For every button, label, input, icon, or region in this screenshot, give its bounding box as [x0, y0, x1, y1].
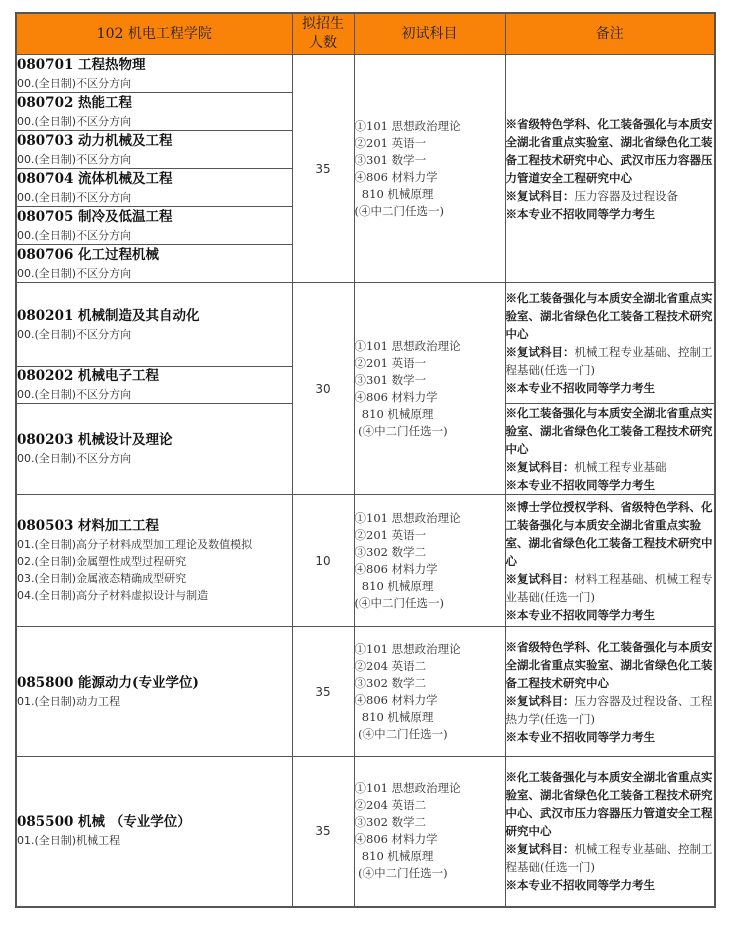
table-row: 080201 机械制造及其自动化00.(全日制)不区分方向30①101 思想政治… [16, 283, 715, 367]
exam-subject: ①101 思想政治理论 [355, 118, 505, 135]
exam-subject: ②201 英语一 [355, 355, 505, 372]
major-direction: 00.(全日制)不区分方向 [17, 113, 292, 130]
remark-final: ※本专业不招收同等学力考生 [506, 476, 715, 494]
remark-retest: ※复试科目：机械工程专业基础、控制工程基础(任选一门) [506, 840, 715, 876]
remark-cell: ※省级特色学科、化工装备强化与本质安全湖北省重点实验室、湖北省绿色化工装备工程技… [505, 55, 715, 283]
major-title: 080705 制冷及低温工程 [17, 208, 292, 227]
major-title: 085800 能源动力(专业学位) [17, 674, 292, 693]
major-cell: 080503 材料加工工程01.(全日制)高分子材料成型加工理论及数值模拟02.… [16, 495, 292, 627]
exam-subject: ③302 数学二 [355, 814, 505, 831]
major-direction: 03.(全日制)金属液态精确成型研究 [17, 570, 292, 587]
major-title: 080706 化工过程机械 [17, 246, 292, 265]
quota-count: 35 [292, 55, 354, 283]
exam-subject: (④中二门任选一) [355, 203, 505, 220]
major-block: 080703 动力机械及工程00.(全日制)不区分方向 [17, 132, 292, 168]
major-cell: 080203 机械设计及理论00.(全日制)不区分方向 [16, 404, 292, 495]
major-title: 080203 机械设计及理论 [17, 431, 292, 450]
exam-subject: ④806 材料力学 [355, 561, 505, 578]
remark-retest: ※复试科目：压力容器及过程设备 [506, 187, 715, 205]
major-direction: 01.(全日制)高分子材料成型加工理论及数值模拟 [17, 536, 292, 553]
remark-highlights: ※化工装备强化与本质安全湖北省重点实验室、湖北省绿色化工装备工程技术研究中心 [506, 404, 715, 458]
major-direction: 01.(全日制)机械工程 [17, 832, 292, 849]
major-cell: 080202 机械电子工程00.(全日制)不区分方向 [16, 367, 292, 404]
quota-count: 35 [292, 757, 354, 907]
exam-subject: ④806 材料力学 [355, 692, 505, 709]
table-row: 080503 材料加工工程01.(全日制)高分子材料成型加工理论及数值模拟02.… [16, 495, 715, 627]
major-cell: 080701 工程热物理00.(全日制)不区分方向 [16, 55, 292, 93]
major-direction: 00.(全日制)不区分方向 [17, 227, 292, 244]
remark-cell: ※化工装备强化与本质安全湖北省重点实验室、湖北省绿色化工装备工程技术研究中心※复… [505, 404, 715, 495]
exam-subject: ②201 英语一 [355, 135, 505, 152]
quota-count: 30 [292, 283, 354, 495]
exam-subject: (④中二门任选一) [355, 726, 505, 743]
header-quota-line1: 拟招生 [293, 15, 354, 34]
major-title: 080201 机械制造及其自动化 [17, 307, 292, 326]
exam-subjects-cell: ①101 思想政治理论②201 英语一③301 数学一④806 材料力学 810… [354, 283, 505, 495]
header-remark: 备注 [505, 13, 715, 55]
remark-retest-subjects: 压力容器及过程设备 [575, 189, 679, 203]
exam-subject: ③302 数学二 [355, 544, 505, 561]
remark-cell: ※化工装备强化与本质安全湖北省重点实验室、湖北省绿色化工装备工程技术研究中心、武… [505, 757, 715, 907]
remark-final: ※本专业不招收同等学力考生 [506, 728, 715, 746]
exam-subject: (④中二门任选一) [355, 595, 505, 612]
major-direction: 00.(全日制)不区分方向 [17, 151, 292, 168]
remark-cell: ※博士学位授权学科、省级特色学科、化工装备强化与本质安全湖北省重点实验室、湖北省… [505, 495, 715, 627]
major-direction: 02.(全日制)金属塑性成型过程研究 [17, 553, 292, 570]
major-block: 080202 机械电子工程00.(全日制)不区分方向 [17, 367, 292, 403]
remark-retest-label: ※复试科目： [506, 345, 575, 359]
remark-retest: ※复试科目：机械工程专业基础 [506, 458, 715, 476]
major-title: 080701 工程热物理 [17, 56, 292, 75]
major-cell: 080704 流体机械及工程00.(全日制)不区分方向 [16, 169, 292, 207]
exam-subject: ③302 数学二 [355, 675, 505, 692]
major-cell: 080201 机械制造及其自动化00.(全日制)不区分方向 [16, 283, 292, 367]
major-block: 080701 工程热物理00.(全日制)不区分方向 [17, 56, 292, 92]
major-title: 080702 热能工程 [17, 94, 292, 113]
header-exam: 初试科目 [354, 13, 505, 55]
major-cell: 080703 动力机械及工程00.(全日制)不区分方向 [16, 131, 292, 169]
major-title: 080202 机械电子工程 [17, 367, 292, 386]
remark-highlights: ※化工装备强化与本质安全湖北省重点实验室、湖北省绿色化工装备工程技术研究中心、武… [506, 768, 715, 840]
header-college: 102 机电工程学院 [16, 13, 292, 55]
exam-subjects-cell: ①101 思想政治理论②201 英语一③302 数学二④806 材料力学 810… [354, 495, 505, 627]
major-block: 080704 流体机械及工程00.(全日制)不区分方向 [17, 170, 292, 206]
exam-subject: ②204 英语二 [355, 797, 505, 814]
remark-highlights: ※化工装备强化与本质安全湖北省重点实验室、湖北省绿色化工装备工程技术研究中心 [506, 289, 715, 343]
major-direction: 00.(全日制)不区分方向 [17, 386, 292, 403]
major-block: 080705 制冷及低温工程00.(全日制)不区分方向 [17, 208, 292, 244]
major-block: 085500 机械 （专业学位）01.(全日制)机械工程 [17, 813, 292, 849]
major-title: 080503 材料加工工程 [17, 517, 292, 536]
exam-subject: (④中二门任选一) [355, 423, 505, 440]
exam-subject: ①101 思想政治理论 [355, 641, 505, 658]
major-cell: 085800 能源动力(专业学位)01.(全日制)动力工程 [16, 627, 292, 757]
remark-final: ※本专业不招收同等学力考生 [506, 205, 715, 223]
exam-subject: ②204 英语二 [355, 658, 505, 675]
table-row: 085500 机械 （专业学位）01.(全日制)机械工程35①101 思想政治理… [16, 757, 715, 907]
table-row: 085800 能源动力(专业学位)01.(全日制)动力工程35①101 思想政治… [16, 627, 715, 757]
major-direction: 00.(全日制)不区分方向 [17, 450, 292, 467]
table-body: 080701 工程热物理00.(全日制)不区分方向35①101 思想政治理论②2… [16, 55, 715, 907]
exam-subject: ④806 材料力学 [355, 169, 505, 186]
major-block: 080203 机械设计及理论00.(全日制)不区分方向 [17, 431, 292, 467]
exam-subject: 810 机械原理 [355, 848, 505, 865]
remark-cell: ※化工装备强化与本质安全湖北省重点实验室、湖北省绿色化工装备工程技术研究中心※复… [505, 283, 715, 404]
major-direction: 00.(全日制)不区分方向 [17, 326, 292, 343]
major-cell: 080702 热能工程00.(全日制)不区分方向 [16, 93, 292, 131]
remark-retest: ※复试科目：材料工程基础、机械工程专业基础(任选一门) [506, 570, 715, 606]
major-title: 080703 动力机械及工程 [17, 132, 292, 151]
exam-subject: ②201 英语一 [355, 527, 505, 544]
major-cell: 080706 化工过程机械00.(全日制)不区分方向 [16, 245, 292, 283]
exam-subject: ③301 数学一 [355, 372, 505, 389]
exam-subject: 810 机械原理 [355, 186, 505, 203]
table-row: 080701 工程热物理00.(全日制)不区分方向35①101 思想政治理论②2… [16, 55, 715, 93]
exam-subject: ④806 材料力学 [355, 389, 505, 406]
exam-subject: (④中二门任选一) [355, 865, 505, 882]
major-direction: 04.(全日制)高分子材料虚拟设计与制造 [17, 587, 292, 604]
exam-subject: ④806 材料力学 [355, 831, 505, 848]
exam-subject: 810 机械原理 [355, 578, 505, 595]
major-cell: 080705 制冷及低温工程00.(全日制)不区分方向 [16, 207, 292, 245]
header-quota: 拟招生 人数 [292, 13, 354, 55]
header-quota-line2: 人数 [293, 34, 354, 53]
remark-highlights: ※省级特色学科、化工装备强化与本质安全湖北省重点实验室、湖北省绿色化工装备工程技… [506, 638, 715, 692]
major-title: 080704 流体机械及工程 [17, 170, 292, 189]
quota-count: 35 [292, 627, 354, 757]
quota-count: 10 [292, 495, 354, 627]
remark-retest-label: ※复试科目： [506, 572, 575, 586]
major-block: 080706 化工过程机械00.(全日制)不区分方向 [17, 246, 292, 282]
exam-subjects-cell: ①101 思想政治理论②204 英语二③302 数学二④806 材料力学 810… [354, 627, 505, 757]
header-row: 102 机电工程学院 拟招生 人数 初试科目 备注 [16, 13, 715, 55]
major-cell: 085500 机械 （专业学位）01.(全日制)机械工程 [16, 757, 292, 907]
major-title: 085500 机械 （专业学位） [17, 813, 292, 832]
remark-retest-subjects: 机械工程专业基础 [575, 460, 667, 474]
major-direction: 00.(全日制)不区分方向 [17, 189, 292, 206]
exam-subjects-cell: ①101 思想政治理论②201 英语一③301 数学一④806 材料力学 810… [354, 55, 505, 283]
exam-subject: ①101 思想政治理论 [355, 510, 505, 527]
remark-final: ※本专业不招收同等学力考生 [506, 606, 715, 624]
remark-retest-label: ※复试科目： [506, 694, 575, 708]
major-direction: 00.(全日制)不区分方向 [17, 75, 292, 92]
remark-retest-label: ※复试科目： [506, 842, 575, 856]
remark-highlights: ※博士学位授权学科、省级特色学科、化工装备强化与本质安全湖北省重点实验室、湖北省… [506, 498, 715, 570]
remark-cell: ※省级特色学科、化工装备强化与本质安全湖北省重点实验室、湖北省绿色化工装备工程技… [505, 627, 715, 757]
major-block: 080702 热能工程00.(全日制)不区分方向 [17, 94, 292, 130]
remark-retest-label: ※复试科目： [506, 460, 575, 474]
major-block: 085800 能源动力(专业学位)01.(全日制)动力工程 [17, 674, 292, 710]
remark-highlights: ※省级特色学科、化工装备强化与本质安全湖北省重点实验室、湖北省绿色化工装备工程技… [506, 115, 715, 187]
exam-subject: ①101 思想政治理论 [355, 338, 505, 355]
major-block: 080201 机械制造及其自动化00.(全日制)不区分方向 [17, 307, 292, 343]
major-direction: 00.(全日制)不区分方向 [17, 265, 292, 282]
exam-subjects-cell: ①101 思想政治理论②204 英语二③302 数学二④806 材料力学 810… [354, 757, 505, 907]
remark-retest: ※复试科目：机械工程专业基础、控制工程基础(任选一门) [506, 343, 715, 379]
remark-final: ※本专业不招收同等学力考生 [506, 379, 715, 397]
exam-subject: 810 机械原理 [355, 406, 505, 423]
admissions-table: 102 机电工程学院 拟招生 人数 初试科目 备注 080701 工程热物理00… [15, 12, 716, 908]
remark-retest-label: ※复试科目： [506, 189, 575, 203]
remark-retest: ※复试科目：压力容器及过程设备、工程热力学(任选一门) [506, 692, 715, 728]
exam-subject: ①101 思想政治理论 [355, 780, 505, 797]
exam-subject: 810 机械原理 [355, 709, 505, 726]
major-block: 080503 材料加工工程01.(全日制)高分子材料成型加工理论及数值模拟02.… [17, 517, 292, 604]
exam-subject: ③301 数学一 [355, 152, 505, 169]
remark-final: ※本专业不招收同等学力考生 [506, 876, 715, 894]
major-direction: 01.(全日制)动力工程 [17, 693, 292, 710]
